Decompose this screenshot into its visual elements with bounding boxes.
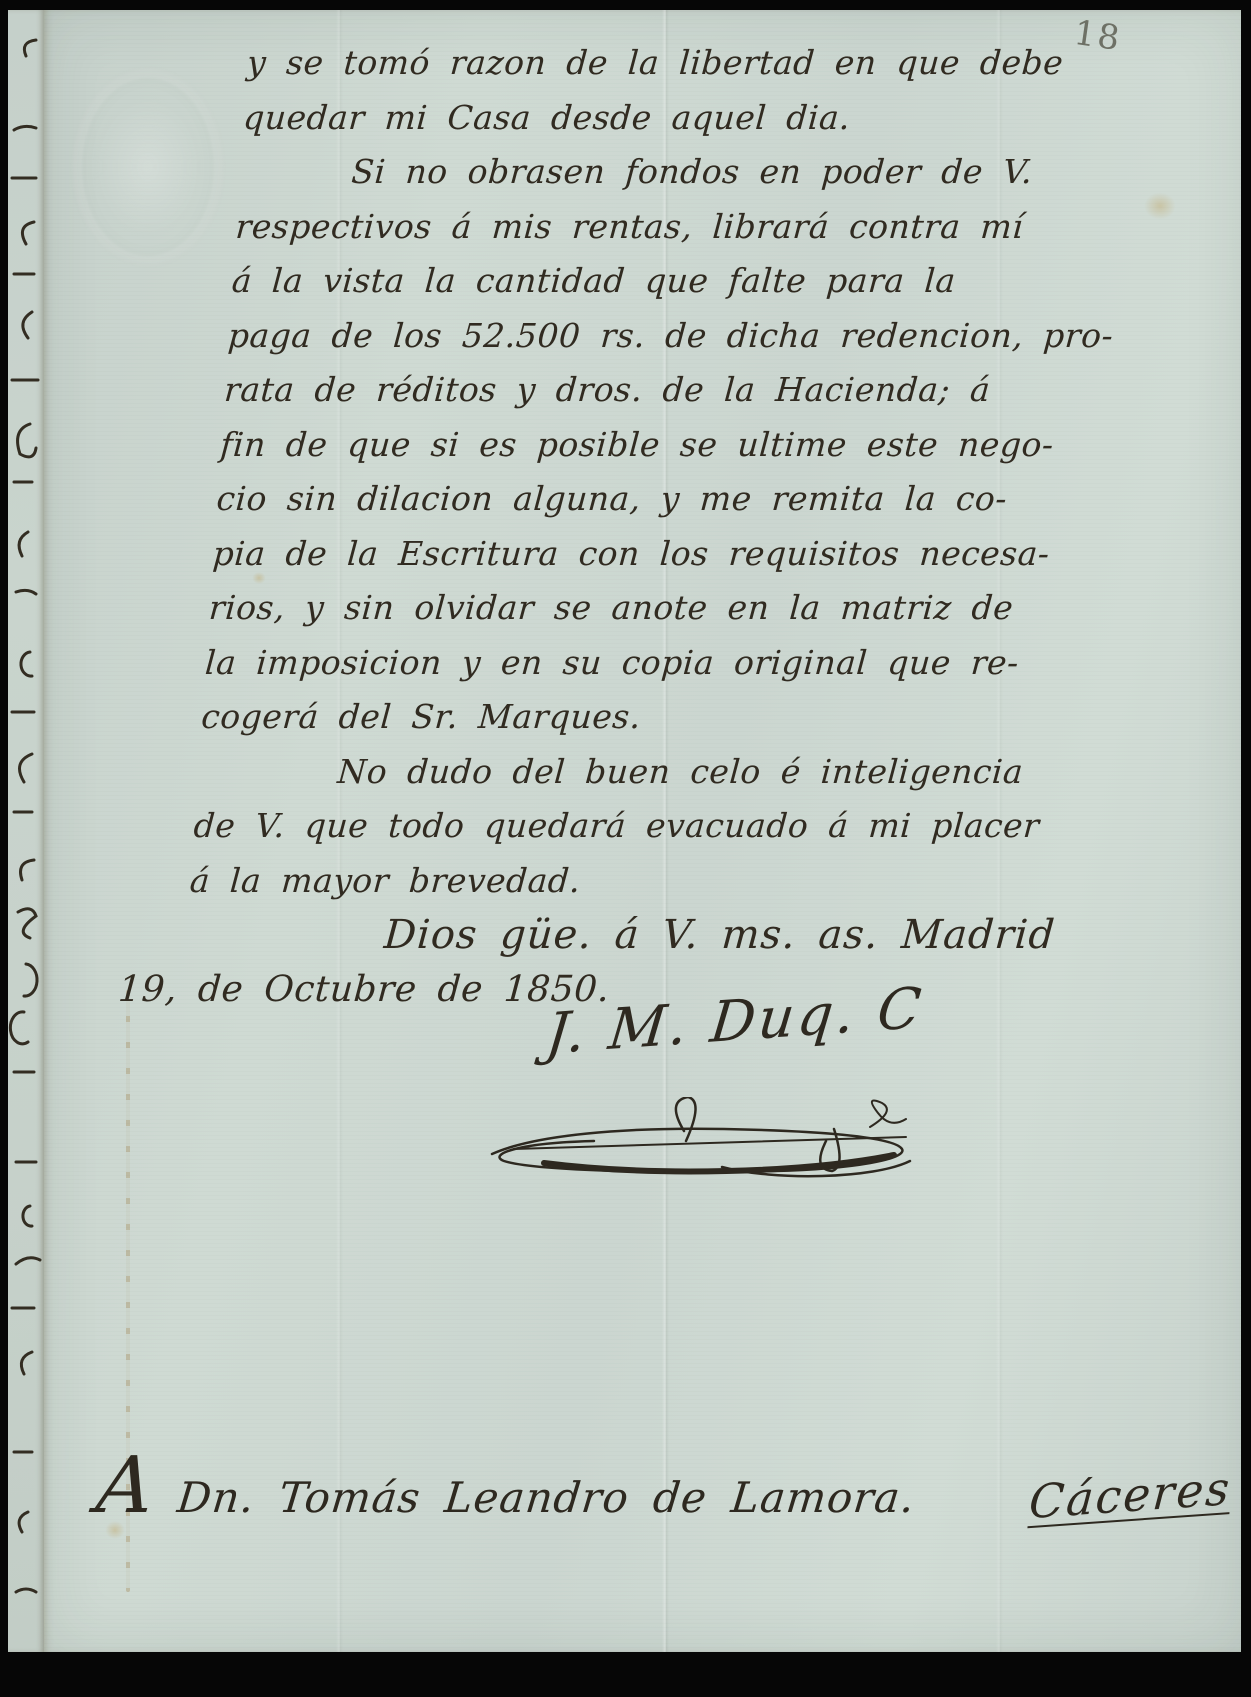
- previous-page-edge-strip: [8, 10, 44, 1652]
- manuscript-page: 18 y se tomó razon de la libertad en que…: [44, 10, 1241, 1652]
- letter-body: y se tomó razon de la libertad en que de…: [180, 36, 1225, 1017]
- docket-place-text: Cáceres: [1027, 1461, 1233, 1530]
- manuscript-line: No dudo del buen celo é inteligencia: [196, 745, 1176, 800]
- manuscript-line: á la vista la cantidad que falte para la: [230, 254, 1210, 309]
- manuscript-line: Dios güe. á V. ms. as. Madrid: [184, 908, 1164, 963]
- manuscript-line: pia de la Escritura con los requisitos n…: [211, 527, 1191, 582]
- manuscript-line: respectivos á mis rentas, librará contra…: [234, 200, 1214, 255]
- addressee-line: A Dn. Tomás Leandro de Lamora. Cáceres: [96, 1468, 1237, 1522]
- manuscript-line: cogerá del Sr. Marques.: [199, 690, 1179, 745]
- signature-rubric-flourish: [474, 1097, 914, 1192]
- manuscript-line: quedar mi Casa desde aquel dia.: [241, 91, 1221, 146]
- manuscript-line: la imposicion y en su copia original que…: [203, 636, 1183, 691]
- manuscript-line: á la mayor brevedad.: [188, 854, 1168, 909]
- manuscript-line: rata de réditos y dros. de la Hacienda; …: [222, 363, 1202, 418]
- embossed-seal: [72, 68, 224, 266]
- scanned-manuscript-photo: 18 y se tomó razon de la libertad en que…: [0, 0, 1251, 1697]
- addressee-text: A Dn. Tomás Leandro de Lamora.: [93, 1473, 917, 1522]
- signature-block: J. M. Duq. C: [474, 985, 934, 1195]
- manuscript-line: fin de que si es posible se ultime este …: [219, 418, 1199, 473]
- previous-page-ink-fragments: [8, 10, 44, 1652]
- manuscript-line: cio sin dilacion alguna, y me remita la …: [215, 472, 1195, 527]
- signature-text: J. M. Duq. C: [543, 975, 927, 1067]
- manuscript-line: y se tomó razon de la libertad en que de…: [245, 36, 1225, 91]
- manuscript-line: paga de los 52.500 rs. de dicha redencio…: [226, 309, 1206, 364]
- manuscript-line: Si no obrasen fondos en poder de V.: [238, 145, 1218, 200]
- manuscript-line: de V. que todo quedará evacuado á mi pla…: [192, 799, 1172, 854]
- manuscript-line: rios, y sin olvidar se anote en la matri…: [207, 581, 1187, 636]
